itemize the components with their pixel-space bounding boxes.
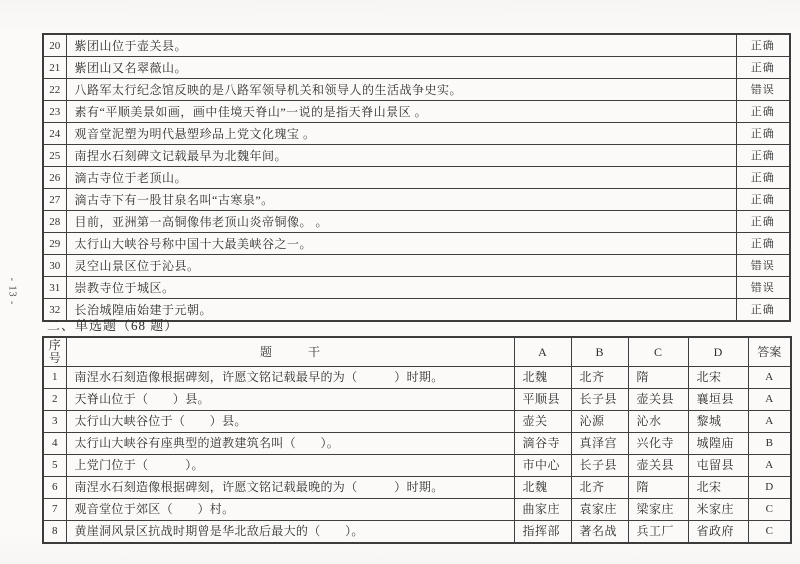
statement-text: 紫团山又名翠薇山。 [66,57,736,79]
answer-letter: D [748,477,791,499]
stem-text: 南涅水石刻造像根据碑刻，许愿文铭记载最晚的为（ ）时期。 [66,477,514,499]
option-d: 黎城 [688,411,748,433]
col-header-b: B [571,337,628,367]
judgment-row: 23 素有“平顺美景如画，画中佳境天脊山”一说的是指天脊山景区 。 正确 [43,101,790,123]
col-header-a: A [514,337,571,367]
section-title: 二、单选题（68 题） [47,315,178,334]
option-b: 真泽宫 [571,433,628,455]
option-b: 北齐 [571,367,628,389]
option-d: 省政府 [688,521,748,544]
option-c: 兵工厂 [628,521,688,544]
answer-letter: A [748,455,791,477]
question-number: 3 [43,411,66,433]
choice-row: 3 太行山大峡谷位于（ ）县。 壶关 沁源 沁水 黎城 A [43,411,791,433]
judgment-row: 28 目前，亚洲第一高铜像伟老顶山炎帝铜像。 。 正确 [43,211,790,233]
verdict-text: 错误 [736,255,790,277]
statement-text: 观音堂泥塑为明代悬塑珍品上党文化瑰宝 。 [66,123,736,145]
question-number: 23 [43,101,66,123]
option-b: 沁源 [571,411,628,433]
question-number: 2 [43,389,66,411]
question-number: 27 [43,189,66,211]
verdict-text: 错误 [736,277,790,299]
question-number: 21 [43,57,66,79]
question-number: 8 [43,521,66,544]
verdict-text: 正确 [736,167,790,189]
scanned-exam-page: - 13 - 20 紫团山位于壶关县。 正确 21 紫团山又名翠薇山。 正确 2… [0,0,800,564]
question-number: 4 [43,433,66,455]
choice-row: 5 上党门位于（ ）。 市中心 长子县 壶关县 屯留县 A [43,455,791,477]
verdict-text: 正确 [736,145,790,167]
stem-text: 天脊山位于（ ）县。 [66,389,514,411]
option-a: 壶关 [514,411,571,433]
option-a: 滴谷寺 [514,433,571,455]
choice-row: 7 观音堂位于郊区（ ）村。 曲家庄 袁家庄 梁家庄 米家庄 C [43,499,791,521]
answer-letter: C [748,499,791,521]
col-header-stem: 题 干 [66,337,514,367]
judgment-row: 24 观音堂泥塑为明代悬塑珍品上党文化瑰宝 。 正确 [43,123,790,145]
statement-text: 灵空山景区位于沁县。 [66,255,736,277]
answer-letter: B [748,433,791,455]
col-header-d: D [688,337,748,367]
option-c: 沁水 [628,411,688,433]
option-b: 著名战 [571,521,628,544]
judgment-row: 29 太行山大峡谷号称中国十大最美峡谷之一。 正确 [43,233,790,255]
judgment-table: 20 紫团山位于壶关县。 正确 21 紫团山又名翠薇山。 正确 22 八路军太行… [42,33,791,322]
statement-text: 滴古寺位于老顶山。 [66,167,736,189]
judgment-row: 31 崇教寺位于城区。 错误 [43,277,790,299]
question-number: 7 [43,499,66,521]
question-number: 30 [43,255,66,277]
option-d: 城隍庙 [688,433,748,455]
verdict-text: 正确 [736,101,790,123]
col-header-c: C [628,337,688,367]
statement-text: 八路军太行纪念馆反映的是八路军领导机关和领导人的生活战争史实。 [66,79,736,101]
verdict-text: 正确 [736,211,790,233]
option-c: 壶关县 [628,389,688,411]
judgment-row: 20 紫团山位于壶关县。 正确 [43,34,790,57]
answer-letter: A [748,411,791,433]
statement-text: 太行山大峡谷号称中国十大最美峡谷之一。 [66,233,736,255]
question-number: 29 [43,233,66,255]
statement-text: 南捏水石刻碑文记载最早为北魏年间。 [66,145,736,167]
verdict-text: 正确 [736,189,790,211]
choice-row: 1 南涅水石刻造像根据碑刻，许愿文铭记载最早的为（ ）时期。 北魏 北齐 隋 北… [43,367,791,389]
option-d: 屯留县 [688,455,748,477]
option-d: 北宋 [688,477,748,499]
question-number: 26 [43,167,66,189]
stem-text: 上党门位于（ ）。 [66,455,514,477]
verdict-text: 错误 [736,79,790,101]
option-d: 北宋 [688,367,748,389]
verdict-text: 正确 [736,34,790,57]
option-a: 北魏 [514,477,571,499]
stem-text: 南涅水石刻造像根据碑刻，许愿文铭记载最早的为（ ）时期。 [66,367,514,389]
stem-text: 黄崖洞风景区抗战时期曾是华北敌后最大的（ ）。 [66,521,514,544]
judgment-row: 26 滴古寺位于老顶山。 正确 [43,167,790,189]
option-d: 米家庄 [688,499,748,521]
verdict-text: 正确 [736,299,790,322]
statement-text: 崇教寺位于城区。 [66,277,736,299]
choice-table: 序号 题 干 A B C D 答案 1 南涅水石刻造像根据碑刻，许愿文铭记载最早… [42,336,792,544]
question-number: 6 [43,477,66,499]
stem-text: 观音堂位于郊区（ ）村。 [66,499,514,521]
option-c: 兴化寺 [628,433,688,455]
stem-text: 太行山大峡谷位于（ ）县。 [66,411,514,433]
option-c: 梁家庄 [628,499,688,521]
option-b: 长子县 [571,389,628,411]
statement-text: 目前，亚洲第一高铜像伟老顶山炎帝铜像。 。 [66,211,736,233]
option-c: 壶关县 [628,455,688,477]
page-number: - 13 - [7,275,18,309]
option-a: 市中心 [514,455,571,477]
choice-row: 2 天脊山位于（ ）县。 平顺县 长子县 壶关县 襄垣县 A [43,389,791,411]
stem-text: 太行山大峡谷有座典型的道教建筑名叫（ ）。 [66,433,514,455]
verdict-text: 正确 [736,233,790,255]
option-b: 北齐 [571,477,628,499]
judgment-row: 25 南捏水石刻碑文记载最早为北魏年间。 正确 [43,145,790,167]
statement-text: 素有“平顺美景如画，画中佳境天脊山”一说的是指天脊山景区 。 [66,101,736,123]
judgment-row: 21 紫团山又名翠薇山。 正确 [43,57,790,79]
question-number: 24 [43,123,66,145]
verdict-text: 正确 [736,123,790,145]
option-c: 隋 [628,367,688,389]
answer-letter: A [748,367,791,389]
col-header-no: 序号 [43,337,66,367]
question-number: 28 [43,211,66,233]
col-header-answer: 答案 [748,337,791,367]
question-number: 5 [43,455,66,477]
judgment-row: 22 八路军太行纪念馆反映的是八路军领导机关和领导人的生活战争史实。 错误 [43,79,790,101]
statement-text: 紫团山位于壶关县。 [66,34,736,57]
choice-row: 8 黄崖洞风景区抗战时期曾是华北敌后最大的（ ）。 指挥部 著名战 兵工厂 省政… [43,521,791,544]
question-number: 31 [43,277,66,299]
verdict-text: 正确 [736,57,790,79]
option-b: 长子县 [571,455,628,477]
judgment-row: 27 滴古寺下有一股甘泉名叫“古寒泉”。 正确 [43,189,790,211]
answer-letter: A [748,389,791,411]
option-b: 袁家庄 [571,499,628,521]
option-a: 平顺县 [514,389,571,411]
option-a: 曲家庄 [514,499,571,521]
choice-table-header: 序号 题 干 A B C D 答案 [43,337,791,367]
judgment-row: 30 灵空山景区位于沁县。 错误 [43,255,790,277]
option-a: 指挥部 [514,521,571,544]
answer-letter: C [748,521,791,544]
question-number: 1 [43,367,66,389]
statement-text: 滴古寺下有一股甘泉名叫“古寒泉”。 [66,189,736,211]
option-c: 隋 [628,477,688,499]
option-a: 北魏 [514,367,571,389]
option-d: 襄垣县 [688,389,748,411]
question-number: 22 [43,79,66,101]
question-number: 25 [43,145,66,167]
choice-row: 4 太行山大峡谷有座典型的道教建筑名叫（ ）。 滴谷寺 真泽宫 兴化寺 城隍庙 … [43,433,791,455]
choice-row: 6 南涅水石刻造像根据碑刻，许愿文铭记载最晚的为（ ）时期。 北魏 北齐 隋 北… [43,477,791,499]
question-number: 20 [43,34,66,57]
